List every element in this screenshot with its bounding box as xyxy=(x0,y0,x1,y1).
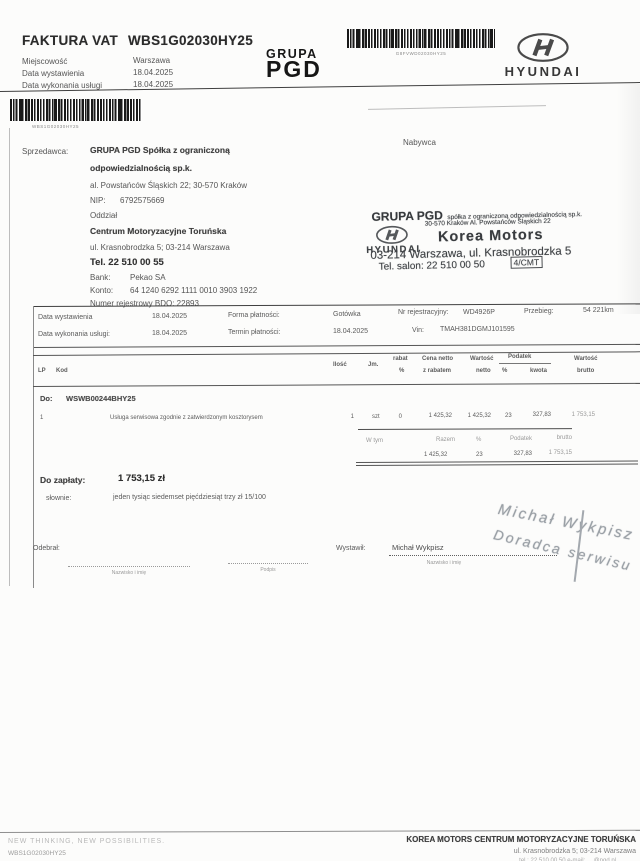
detail-issue-date-label: Data wystawienia xyxy=(38,314,92,321)
detail-payment-form-label: Forma płatności: xyxy=(228,312,280,319)
footer-slogan: NEW THINKING, NEW POSSIBILITIES. xyxy=(8,838,165,845)
hyundai-wordmark: HYUNDAI xyxy=(500,64,586,79)
detail-issue-date-value: 18.04.2025 xyxy=(152,313,187,320)
summary-header-podatek: Podatek xyxy=(504,436,532,442)
scan-artifact-line xyxy=(368,105,546,110)
seller-phone: Tel. 22 510 00 55 xyxy=(90,257,164,268)
items-header-bottom-line xyxy=(33,383,640,387)
grupa-pgd-logo-bottom: PGD xyxy=(266,61,322,78)
col-header-kod: Kod xyxy=(56,368,68,374)
footer-address: ul. Krasnobrodzka 5; 03-214 Warszawa xyxy=(336,848,636,855)
group-ref-label: Do: xyxy=(40,394,53,403)
podatek-underline xyxy=(499,363,551,364)
summary-pct-value: 23 xyxy=(476,452,483,458)
col-header-podatek-pct: % xyxy=(502,368,507,374)
item-discount: 0 xyxy=(390,414,402,420)
amount-words-label: słownie: xyxy=(46,495,71,502)
seller-account-value: 64 1240 6292 1111 0010 3903 1922 xyxy=(130,286,257,295)
seller-nip-value: 6792575669 xyxy=(120,196,165,205)
detail-reg-number-value: WD4926P xyxy=(463,309,495,316)
stamp-address1: 30-570 Kraków Al. Powstańców Śląskich 22 xyxy=(425,218,551,228)
issuer-name-caption: Nazwisko i imię xyxy=(389,560,499,566)
col-header-lp: LP xyxy=(38,368,46,374)
item-row-underline xyxy=(358,428,572,430)
summary-razem-value: 1 425,32 xyxy=(424,452,458,458)
summary-podatek-value: 327,83 xyxy=(504,451,532,457)
hyundai-logo-icon xyxy=(516,32,570,63)
received-by-label: Odebrał: xyxy=(33,545,60,552)
received-name-line xyxy=(68,566,190,567)
amount-due-label: Do zapłaty: xyxy=(40,475,85,485)
col-header-netto: netto xyxy=(476,368,491,374)
item-price-net: 1 425,32 xyxy=(418,413,452,419)
detail-service-date-label: Data wykonania usługi: xyxy=(38,331,110,338)
received-sign-caption: Podpis xyxy=(228,567,308,573)
summary-double-line-2 xyxy=(356,464,638,466)
col-header-wartosc: Wartość xyxy=(470,356,493,362)
col-header-wartosc-brutto1: Wartość xyxy=(574,356,597,362)
meta-label-service-date: Data wykonania usługi xyxy=(22,81,102,90)
summary-brutto-value: 1 753,15 xyxy=(538,450,572,456)
summary-header-razem: Razem xyxy=(423,437,455,443)
seller-branch-label: Oddział xyxy=(90,211,117,220)
col-header-ilosc: Ilość xyxy=(333,362,347,368)
footer-divider xyxy=(0,830,640,833)
seller-bank-label: Bank: xyxy=(90,273,110,282)
detail-payment-due-label: Termin płatności: xyxy=(228,329,281,336)
document-barcode xyxy=(10,99,142,121)
detail-vin-value: TMAH381DGMJ101595 xyxy=(440,326,515,333)
received-name-caption: Nazwisko i imię xyxy=(68,570,190,576)
detail-vin-label: Vin: xyxy=(412,327,424,334)
item-unit: szt xyxy=(372,414,380,420)
summary-header-pct: % xyxy=(476,437,481,443)
amount-words-value: jeden tysiąc siedemset pięćdziesiąt trzy… xyxy=(113,494,266,501)
stamp-badge: 4/CMT xyxy=(510,256,542,269)
header-barcode xyxy=(347,29,495,48)
footer-company: KOREA MOTORS CENTRUM MOTORYZACYJNE TORUŃ… xyxy=(296,835,636,844)
details-box-bottom-line xyxy=(33,344,640,348)
stamp-dealer-name: Korea Motors xyxy=(438,227,544,245)
left-margin-line xyxy=(9,128,10,586)
grupa-pgd-logo: GRUPA PGD xyxy=(266,47,322,78)
doc-number: WBS1G02030HY25 xyxy=(128,33,253,48)
seller-name-line1: GRUPA PGD Spółka z ograniczoną xyxy=(90,145,230,155)
col-header-jm: Jm. xyxy=(368,362,378,368)
amount-due-value: 1 753,15 zł xyxy=(118,473,165,484)
col-header-rabat-pct: % xyxy=(399,368,404,374)
detail-mileage-label: Przebieg: xyxy=(524,308,554,315)
doc-type-title: FAKTURA VAT xyxy=(22,33,118,48)
items-header-top-line xyxy=(33,351,640,356)
col-header-wartosc-brutto2: brutto xyxy=(577,368,594,374)
stamp-phone: Tel. salon: 22 510 00 50 xyxy=(379,259,485,272)
seller-name-line2: odpowiedzialnością sp.k. xyxy=(90,163,192,173)
col-header-cena2: z rabatem xyxy=(423,368,451,374)
item-gross: 1 753,15 xyxy=(561,412,595,418)
item-vat-rate: 23 xyxy=(505,413,512,419)
group-ref-value: WSWB00244BHY25 xyxy=(66,394,136,403)
item-vat-amount: 327,83 xyxy=(521,412,551,418)
meta-value-city: Warszawa xyxy=(133,56,170,65)
seller-branch-name: Centrum Motoryzacyjne Toruńska xyxy=(90,226,226,236)
seller-branch-address: ul. Krasnobrodzka 5; 03-214 Warszawa xyxy=(90,243,230,252)
meta-label-issue-date: Data wystawienia xyxy=(22,69,84,78)
meta-label-city: Miejscowość xyxy=(22,57,67,66)
document-barcode-caption: WBS1G02030HY25 xyxy=(32,124,79,129)
issuer-sign-line xyxy=(389,555,557,556)
col-header-cena1: Cena netto xyxy=(422,356,453,362)
item-description: Usługa serwisowa zgodnie z zatwierdzonym… xyxy=(110,415,263,421)
header-barcode-caption: G8FVWD02030HY25 xyxy=(347,51,495,56)
dealer-stamp: GRUPA PGD spółka z ograniczoną odpowiedz… xyxy=(351,194,640,281)
seller-section-label: Sprzedawca: xyxy=(22,147,68,156)
meta-value-issue-date: 18.04.2025 xyxy=(133,68,173,77)
issuer-name: Michał Wykpisz xyxy=(392,543,444,552)
summary-header-brutto: brutto xyxy=(544,435,572,441)
detail-payment-due-value: 18.04.2025 xyxy=(333,328,368,335)
seller-address: al. Powstańców Śląskich 22; 30-570 Krakó… xyxy=(90,181,247,190)
seller-bank-value: Pekao SA xyxy=(130,273,166,282)
summary-wtym-label: W tym xyxy=(366,438,383,444)
item-qty: 1 xyxy=(338,414,354,420)
seller-nip-label: NIP: xyxy=(90,196,106,205)
col-header-rabat: rabat xyxy=(393,356,408,362)
detail-service-date-value: 18.04.2025 xyxy=(152,330,187,337)
col-header-podatek: Podatek xyxy=(508,354,531,360)
summary-double-line-1 xyxy=(356,461,638,463)
invoice-scan-page: FAKTURA VAT WBS1G02030HY25 Miejscowość W… xyxy=(0,0,640,861)
received-sign-line xyxy=(228,563,308,564)
seller-account-label: Konto: xyxy=(90,286,113,295)
detail-reg-number-label: Nr rejestracyjny: xyxy=(398,309,449,316)
col-header-podatek-kwota: kwota xyxy=(530,368,547,374)
stamp-hyundai-logo-icon xyxy=(373,225,411,245)
issued-by-label: Wystawił: xyxy=(336,545,366,552)
footer-doc-ref: WBS1G02030HY25 xyxy=(8,850,66,857)
item-lp: 1 xyxy=(40,415,43,421)
item-value-net: 1 425,32 xyxy=(457,413,491,419)
buyer-section-label: Nabywca xyxy=(403,138,436,147)
detail-mileage-value: 54 221km xyxy=(583,307,614,314)
detail-payment-form-value: Gotówka xyxy=(333,311,361,318)
